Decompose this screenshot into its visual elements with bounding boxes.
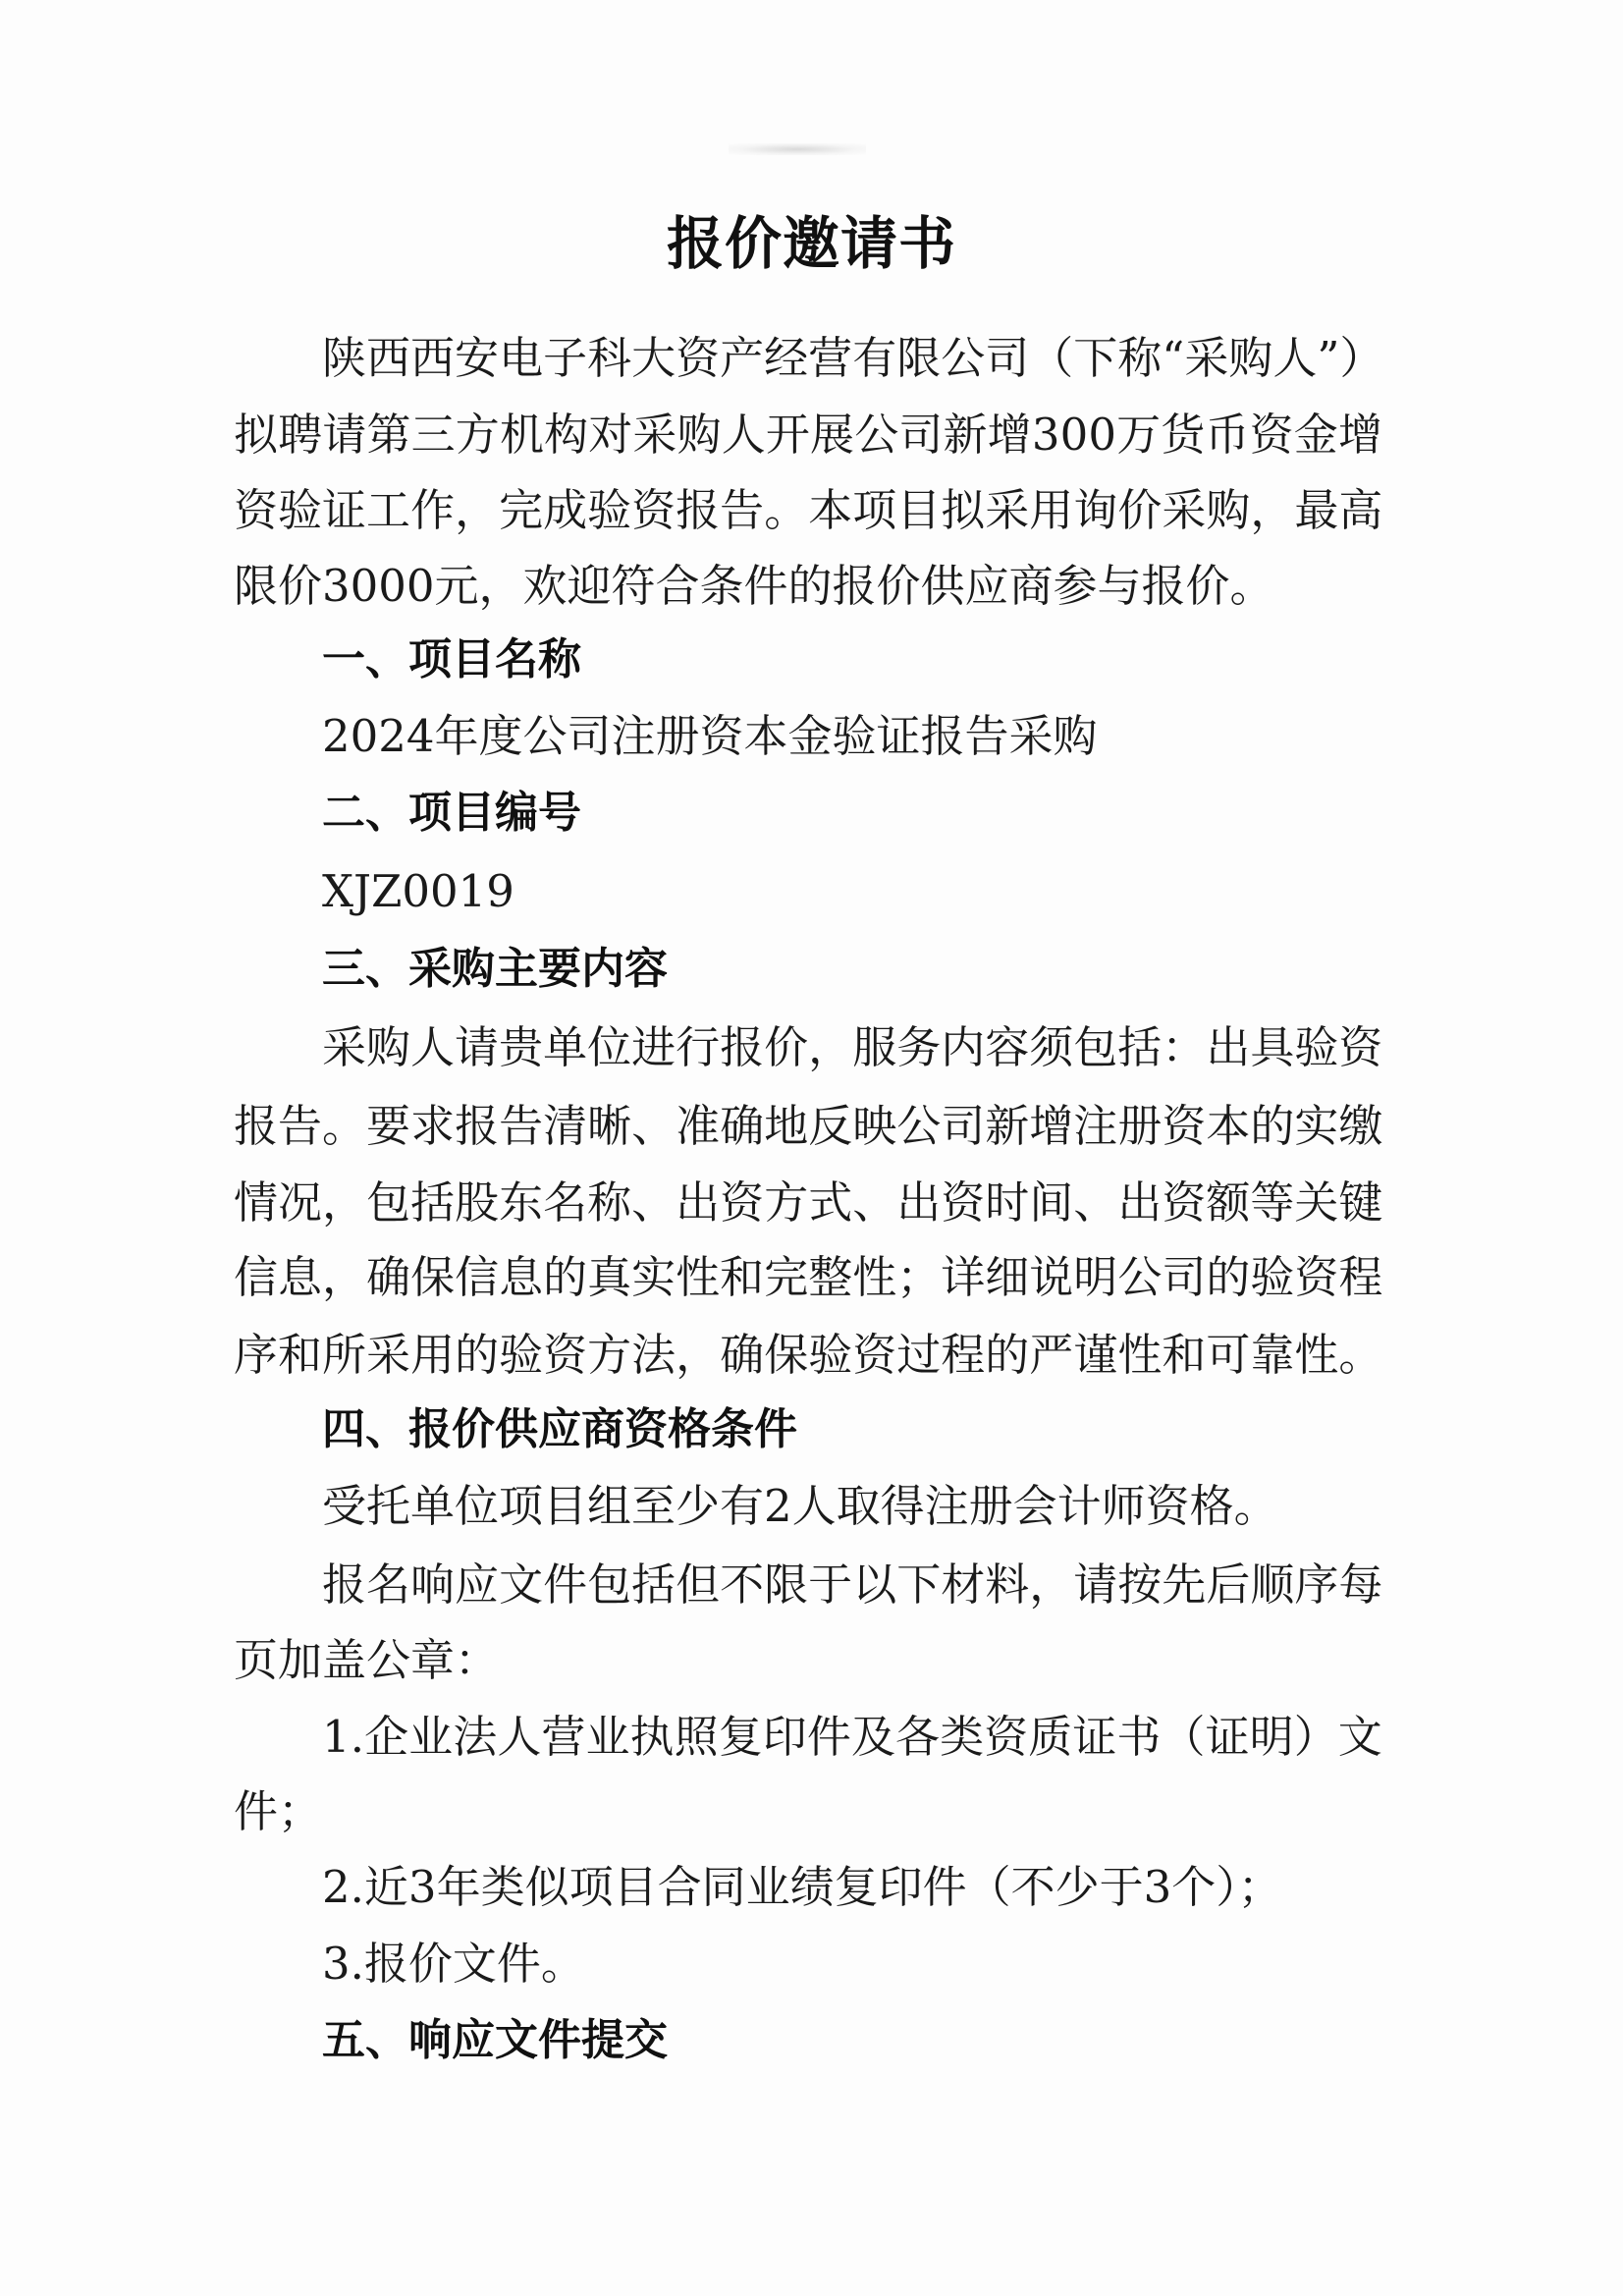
qualification-line: 受托单位项目组至少有2人取得注册会计师资格。 <box>322 1468 1278 1545</box>
intro-line: 陕西西安电子科大资产经营有限公司（下称“采购人”） <box>322 320 1382 397</box>
intro-line: 限价3000元，欢迎符合条件的报价供应商参与报价。 <box>234 548 1382 625</box>
project-number-value: XJZ0019 <box>322 853 514 930</box>
content-line: 报告。要求报告清晰、准确地反映公司新增注册资本的实缴 <box>234 1088 1382 1165</box>
qualification-line: 页加盖公章： <box>234 1622 1382 1699</box>
scan-smudge <box>729 143 866 155</box>
content-line: 信息，确保信息的真实性和完整性；详细说明公司的验资程 <box>234 1239 1382 1316</box>
intro-line: 拟聘请第三方机构对采购人开展公司新增300万货币资金增 <box>234 397 1382 473</box>
section-heading-project-number: 二、项目编号 <box>322 775 581 851</box>
qualification-line: 报名响应文件包括但不限于以下材料，请按先后顺序每 <box>322 1547 1382 1623</box>
qualification-list-item-2: 2.近3年类似项目合同业绩复印件（不少于3个）； <box>322 1849 1282 1926</box>
document-page: 报价邀请书 陕西西安电子科大资产经营有限公司（下称“采购人”） 拟聘请第三方机构… <box>0 0 1623 2296</box>
section-heading-submission: 五、响应文件提交 <box>322 2002 668 2079</box>
section-heading-main-content: 三、采购主要内容 <box>322 931 668 1008</box>
content-line: 情况，包括股东名称、出资方式、出资时间、出资额等关键 <box>234 1165 1382 1241</box>
section-heading-project-name: 一、项目名称 <box>322 622 581 698</box>
qualification-list-item-1: 1.企业法人营业执照复印件及各类资质证书（证明）文 <box>322 1699 1382 1776</box>
intro-line: 资验证工作，完成验资报告。本项目拟采用询价采购，最高 <box>234 472 1382 549</box>
qualification-list-item-3: 3.报价文件。 <box>322 1926 585 2002</box>
document-title: 报价邀请书 <box>0 210 1623 277</box>
content-line: 序和所采用的验资方法，确保验资过程的严谨性和可靠性。 <box>234 1317 1382 1394</box>
content-line: 采购人请贵单位进行报价，服务内容须包括：出具验资 <box>322 1010 1382 1086</box>
project-name-value: 2024年度公司注册资本金验证报告采购 <box>322 698 1098 775</box>
section-heading-qualifications: 四、报价供应商资格条件 <box>322 1392 797 1468</box>
qualification-list-item-1-cont: 件； <box>234 1774 1382 1850</box>
